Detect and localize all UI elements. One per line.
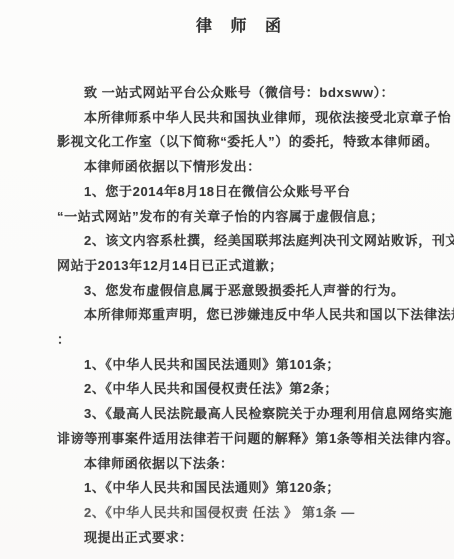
letter-line: 本律师函依据以下情形发出： xyxy=(57,155,427,180)
letter-line: 影视文化工作室（以下简称“委托人”）的委托，特致本律师函。 xyxy=(57,130,427,155)
letter-line: 1、您于2014年8月18日在微信公众账号平台 xyxy=(57,180,427,205)
letter-content: 律 师 函 致 一站式网站平台公众账号（微信号：bdxsww）： 本所律师系中华… xyxy=(0,0,454,559)
letter-line: 本所律师郑重声明，您已涉嫌违反中华人民共和国以下法律法规 xyxy=(57,303,427,328)
letter-line: 3、您发布虚假信息属于恶意毁损委托人声誉的行为。 xyxy=(57,279,427,304)
letter-line: 1、《中华人民共和国民法通则》第101条； xyxy=(57,353,427,378)
letter-line: ： xyxy=(57,328,427,353)
letter-line: “一站式网站”发布的有关章子怡的内容属于虚假信息； xyxy=(57,205,427,230)
letter-line: 2、该文内容系杜撰，经美国联邦法庭判决刊文网站败诉，刊文 xyxy=(57,229,427,254)
letter-line: 2、《中华人民共和国侵权责 任法 》 第1条 — xyxy=(57,501,427,526)
letter-line: 诽谤等刑事案件适用法律若干问题的解释》第1条等相关法律内容。 xyxy=(57,427,427,452)
letter-title: 律 师 函 xyxy=(57,17,427,37)
letter-line: 本律师函依据以下法条： xyxy=(57,452,427,477)
letter-body: 致 一站式网站平台公众账号（微信号：bdxsww）： 本所律师系中华人民共和国执… xyxy=(57,81,427,550)
letter-line: 1、《中华人民共和国民法通则》第120条； xyxy=(57,476,427,501)
letter-line: 3、《最高人民法院最高人民检察院关于办理利用信息网络实施 xyxy=(57,402,427,427)
lawyer-letter-document: 律 师 函 致 一站式网站平台公众账号（微信号：bdxsww）： 本所律师系中华… xyxy=(0,0,454,559)
closing-line: 现提出正式要求： xyxy=(57,526,427,551)
letter-line: 本所律师系中华人民共和国执业律师，现依法接受北京章子怡 xyxy=(57,106,427,131)
salutation-line: 致 一站式网站平台公众账号（微信号：bdxsww）： xyxy=(57,81,427,106)
letter-line: 2、《中华人民共和国侵权责任法》第2条； xyxy=(57,377,427,402)
letter-line: 网站于2013年12月14日已正式道歉； xyxy=(57,254,427,279)
